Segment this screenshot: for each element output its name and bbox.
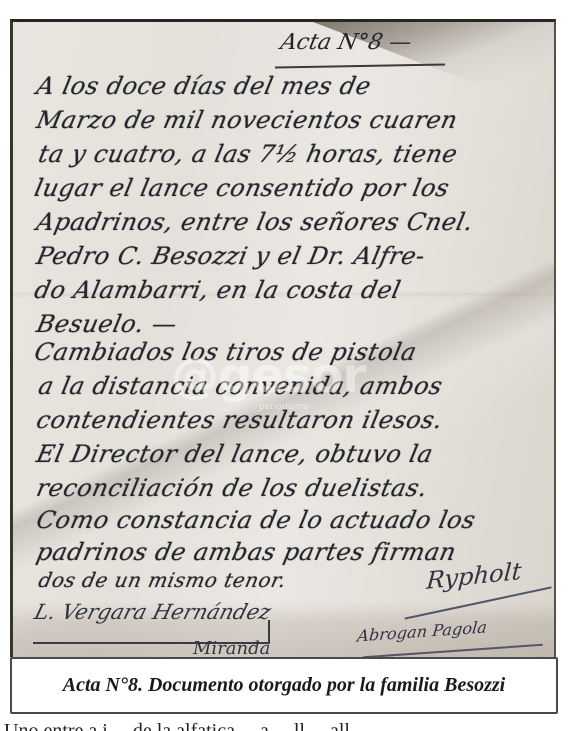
figure-caption-box: Acta N°8. Documento otorgado por la fami… (10, 657, 558, 714)
signature-line (363, 644, 543, 657)
document-title: Acta N°8 — (278, 30, 414, 55)
handwritten-line: Como constancia de lo actuado los (34, 506, 478, 534)
handwritten-line: contendientes resultaron ilesos. (34, 406, 445, 434)
handwritten-line: lugar el lance consentido por los (32, 174, 452, 202)
handwritten-line: Besuelo. — (34, 310, 180, 338)
watermark-subtitle: periodismo (259, 402, 309, 412)
signature-pagola: Abrogan Pagola (356, 618, 488, 646)
handwritten-line: Marzo de mil novecientos cuaren (34, 106, 460, 134)
handwritten-line: dos de un mismo tenor. (36, 568, 288, 592)
handwritten-line: do Alambarri, en la costa del (32, 276, 403, 304)
handwritten-line: A los doce días del mes de (34, 72, 374, 100)
handwritten-line: padrinos de ambas partes firman (34, 538, 459, 566)
document-photo: Acta N°8 — A los doce días del mes de Ma… (10, 19, 556, 657)
cut-off-body-text: Uno entre a i ... de la alfatica ... a .… (4, 721, 564, 731)
title-underline (275, 64, 445, 69)
figure-caption: Acta N°8. Documento otorgado por la fami… (63, 674, 505, 697)
handwritten-line: reconciliación de los duelistas. (34, 474, 430, 502)
handwritten-line: Apadrinos, entre los señores Cnel. (34, 208, 476, 236)
watermark-logo: @gesor (171, 348, 365, 404)
signature-miranda: Miranda (193, 638, 270, 657)
handwritten-line: El Director del lance, obtuvo la (34, 440, 436, 468)
handwritten-line: ta y cuatro, a las 7½ horas, tiene (36, 140, 460, 168)
handwritten-line: Pedro C. Besozzi y el Dr. Alfre- (34, 242, 428, 270)
